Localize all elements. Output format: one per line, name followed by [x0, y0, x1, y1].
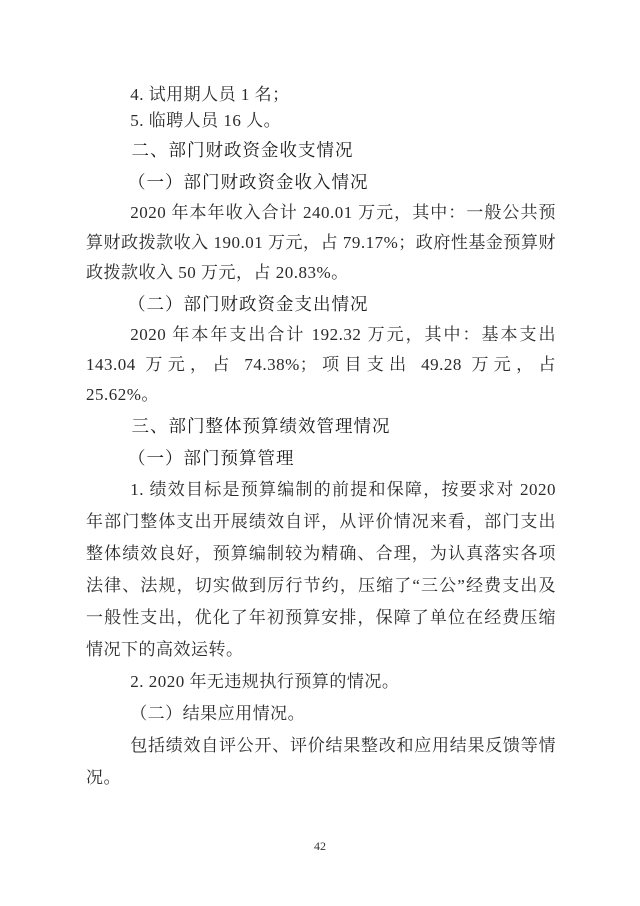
paragraph-income-detail: 2020 年本年收入合计 240.01 万元，其中：一般公共预算财政拨款收入 1…: [86, 198, 556, 288]
subsection-heading-budget-management: （一）部门预算管理: [86, 442, 556, 474]
section-heading-fiscal-funds: 二、部门财政资金收支情况: [86, 134, 556, 166]
paragraph-result-application-detail: 包括绩效自评公开、评价结果整改和应用结果反馈等情况。: [86, 730, 556, 794]
paragraph-result-application-heading: （二）结果应用情况。: [86, 698, 556, 730]
paragraph-expenditure-detail: 2020 年本年支出合计 192.32 万元，其中：基本支出 143.04 万元…: [86, 320, 556, 410]
list-item-probation-staff: 4. 试用期人员 1 名；: [86, 82, 556, 108]
subsection-heading-income: （一）部门财政资金收入情况: [86, 166, 556, 198]
section-heading-performance-management: 三、部门整体预算绩效管理情况: [86, 410, 556, 442]
document-page: 4. 试用期人员 1 名； 5. 临聘人员 16 人。 二、部门财政资金收支情况…: [0, 0, 640, 906]
page-number: 42: [0, 838, 640, 854]
paragraph-no-violation: 2. 2020 年无违规执行预算的情况。: [86, 666, 556, 698]
subsection-heading-expenditure: （二）部门财政资金支出情况: [86, 288, 556, 320]
list-item-temporary-staff: 5. 临聘人员 16 人。: [86, 108, 556, 134]
document-body: 4. 试用期人员 1 名； 5. 临聘人员 16 人。 二、部门财政资金收支情况…: [86, 0, 556, 794]
paragraph-performance-self-evaluation: 1. 绩效目标是预算编制的前提和保障，按要求对 2020 年部门整体支出开展绩效…: [86, 474, 556, 666]
